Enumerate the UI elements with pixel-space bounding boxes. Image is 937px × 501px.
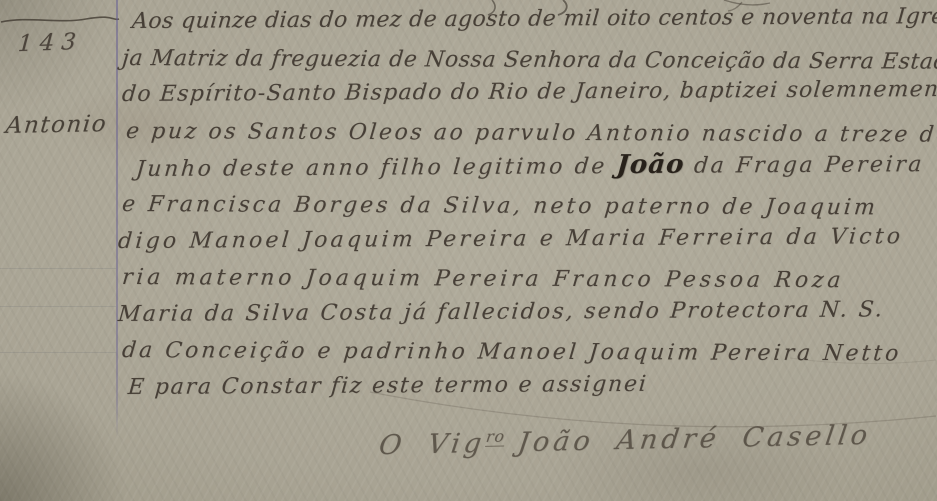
record-line: E para Constar fiz este termo e assignei xyxy=(127,365,937,407)
scanned-baptism-record-page: 143 Antonio Aos quinze dias do mez de ag… xyxy=(0,0,937,501)
record-line: do Espírito-Santo Bispado do Rio de Jane… xyxy=(121,72,937,114)
record-line: Junho deste anno filho legitimo de João … xyxy=(135,145,937,186)
line-segment: Junho deste anno filho legitimo de xyxy=(135,154,618,182)
record-number: 143 xyxy=(17,29,84,57)
margin-name: Antonio xyxy=(5,111,109,139)
paper-ruled-line xyxy=(0,268,116,269)
emphasized-father-name: João xyxy=(615,150,685,180)
priest-signature: O VigroJoão André Casello xyxy=(377,419,873,461)
record-body: Aos quinze dias do mez de agosto de mil … xyxy=(118,4,937,407)
signature-title-superscript: ro xyxy=(485,427,507,447)
record-line: Aos quinze dias do mez de agosto de mil … xyxy=(131,0,937,41)
signature-name: João André Casello xyxy=(516,420,873,458)
paper-ruled-line xyxy=(0,352,116,353)
line-segment: da Fraga Pereira xyxy=(683,153,925,179)
record-line: Maria da Silva Costa já fallecidos, send… xyxy=(117,292,937,334)
paper-ruled-line xyxy=(0,306,116,307)
margin-separator-stroke xyxy=(0,12,122,30)
record-line: digo Manoel Joaquim Pereira e Maria Ferr… xyxy=(117,219,937,261)
signature-title: O Vig xyxy=(377,428,487,461)
